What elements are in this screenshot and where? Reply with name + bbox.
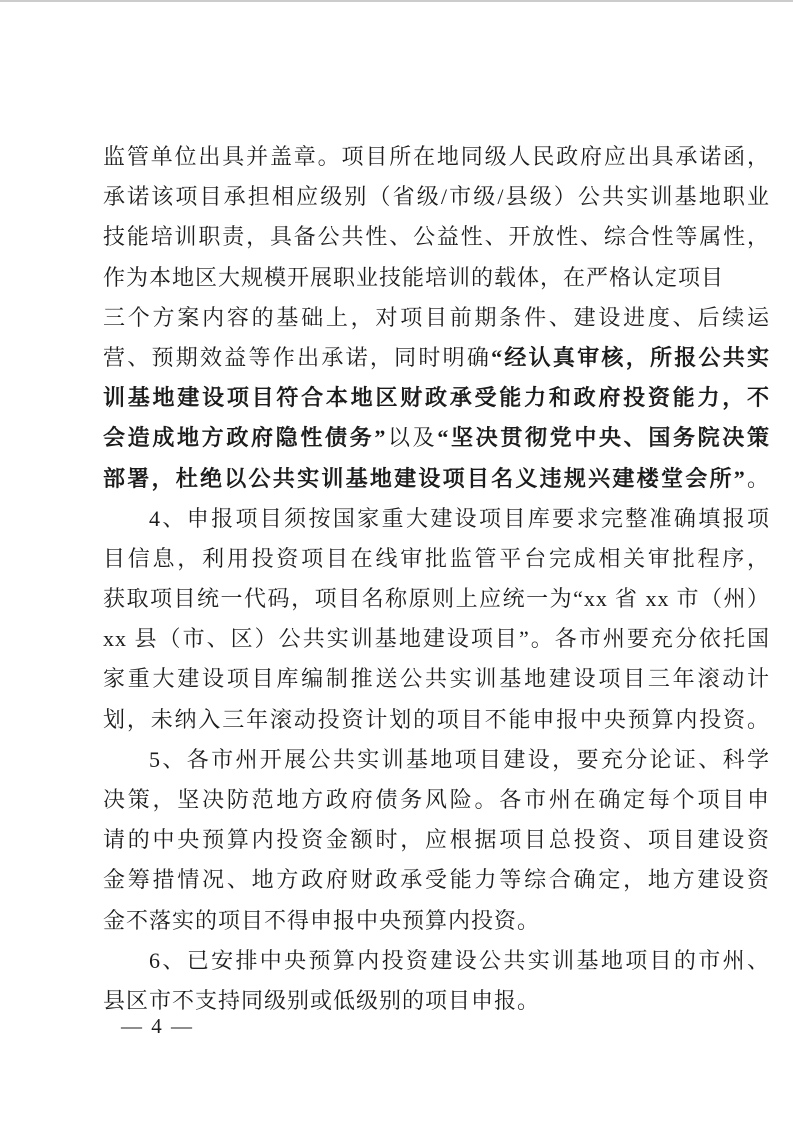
text-segment: 家重大建设项目库编制推送公共实训基地建设项目三年滚动计 <box>103 666 770 691</box>
text-line: 监管单位出具并盖章。项目所在地同级人民政府应出具承诺函， <box>103 137 770 177</box>
text-line: 县区市不支持同级别或低级别的项目申报。 <box>103 981 770 1021</box>
text-segment: 获取项目统一代码，项目名称原则上应统一为“xx 省 xx 市（州） <box>103 586 770 611</box>
document-body: 监管单位出具并盖章。项目所在地同级人民政府应出具承诺函，承诺该项目承担相应级别（… <box>103 137 770 1021</box>
text-segment: 金筹措情况、地方政府财政承受能力等综合确定，地方建设资 <box>103 867 770 892</box>
text-line: 金筹措情况、地方政府财政承受能力等综合确定，地方建设资 <box>103 860 770 900</box>
text-line: 5、各市州开展公共实训基地项目建设，要充分论证、科学 <box>103 740 770 780</box>
text-line: xx 县（市、区）公共实训基地建设项目”。各市州要充分依托国 <box>103 619 770 659</box>
text-line: 划，未纳入三年滚动投资计划的项目不能申报中央预算内投资。 <box>103 700 770 740</box>
text-segment: 监管单位出具并盖章。项目所在地同级人民政府应出具承诺函， <box>103 144 770 169</box>
emphasis-text-segment: “坚决贯彻党中央、国务院决策 <box>437 425 770 450</box>
text-segment: 目信息，利用投资项目在线审批监管平台完成相关审批程序， <box>103 546 770 571</box>
text-line: 部署，杜绝以公共实训基地建设项目名义违规兴建楼堂会所”。 <box>103 459 770 499</box>
text-segment: 以及 <box>386 425 437 450</box>
text-segment: 。 <box>746 466 770 491</box>
document-page: 监管单位出具并盖章。项目所在地同级人民政府应出具承诺函，承诺该项目承担相应级别（… <box>0 0 793 1122</box>
text-segment: 金不落实的项目不得申报中央预算内投资。 <box>103 908 540 933</box>
text-segment: 营、预期效益等作出承诺，同时明确 <box>103 345 491 370</box>
text-line: 作为本地区大规模开展职业技能培训的载体，在严格认定项目 <box>103 258 770 298</box>
text-segment: 作为本地区大规模开展职业技能培训的载体，在严格认定项目 <box>103 265 724 290</box>
text-line: 训基地建设项目符合本地区财政承受能力和政府投资能力，不 <box>103 378 770 418</box>
text-line: 目信息，利用投资项目在线审批监管平台完成相关审批程序， <box>103 539 770 579</box>
text-line: 承诺该项目承担相应级别（省级/市级/县级）公共实训基地职业 <box>103 177 770 217</box>
emphasis-text-segment: 部署，杜绝以公共实训基地建设项目名义违规兴建楼堂会所” <box>103 466 746 491</box>
text-segment: 划，未纳入三年滚动投资计划的项目不能申报中央预算内投资。 <box>103 707 770 732</box>
scan-edge-line <box>0 0 793 2</box>
text-line: 请的中央预算内投资金额时，应根据项目总投资、项目建设资 <box>103 820 770 860</box>
text-line: 家重大建设项目库编制推送公共实训基地建设项目三年滚动计 <box>103 659 770 699</box>
text-segment: 承诺该项目承担相应级别（省级/市级/县级）公共实训基地职业 <box>103 184 770 209</box>
emphasis-text-segment: 会造成地方政府隐性债务” <box>103 425 386 450</box>
emphasis-text-segment: “经认真审核，所报公共实 <box>491 345 770 370</box>
text-segment: 4、申报项目须按国家重大建设项目库要求完整准确填报项 <box>149 506 770 531</box>
page-footer: — 4 — <box>121 1006 194 1046</box>
text-segment: 决策，坚决防范地方政府债务风险。各市州在确定每个项目申 <box>103 787 770 812</box>
text-line: 4、申报项目须按国家重大建设项目库要求完整准确填报项 <box>103 499 770 539</box>
text-segment: 技能培训职责，具备公共性、公益性、开放性、综合性等属性， <box>103 224 770 249</box>
text-line: 三个方案内容的基础上，对项目前期条件、建设进度、后续运 <box>103 298 770 338</box>
text-line: 金不落实的项目不得申报中央预算内投资。 <box>103 901 770 941</box>
text-line: 获取项目统一代码，项目名称原则上应统一为“xx 省 xx 市（州） <box>103 579 770 619</box>
text-segment: xx 县（市、区）公共实训基地建设项目”。各市州要充分依托国 <box>103 626 770 651</box>
text-segment: 请的中央预算内投资金额时，应根据项目总投资、项目建设资 <box>103 827 770 852</box>
text-line: 6、已安排中央预算内投资建设公共实训基地项目的市州、 <box>103 941 770 981</box>
text-segment: 6、已安排中央预算内投资建设公共实训基地项目的市州、 <box>149 948 770 973</box>
text-segment: 三个方案内容的基础上，对项目前期条件、建设进度、后续运 <box>103 305 770 330</box>
emphasis-text-segment: 训基地建设项目符合本地区财政承受能力和政府投资能力，不 <box>103 385 770 410</box>
text-line: 技能培训职责，具备公共性、公益性、开放性、综合性等属性， <box>103 217 770 257</box>
text-line: 决策，坚决防范地方政府债务风险。各市州在确定每个项目申 <box>103 780 770 820</box>
page-number: — 4 — <box>121 1014 194 1038</box>
text-line: 会造成地方政府隐性债务”以及“坚决贯彻党中央、国务院决策 <box>103 418 770 458</box>
text-line: 营、预期效益等作出承诺，同时明确“经认真审核，所报公共实 <box>103 338 770 378</box>
text-segment: 5、各市州开展公共实训基地项目建设，要充分论证、科学 <box>149 747 770 772</box>
